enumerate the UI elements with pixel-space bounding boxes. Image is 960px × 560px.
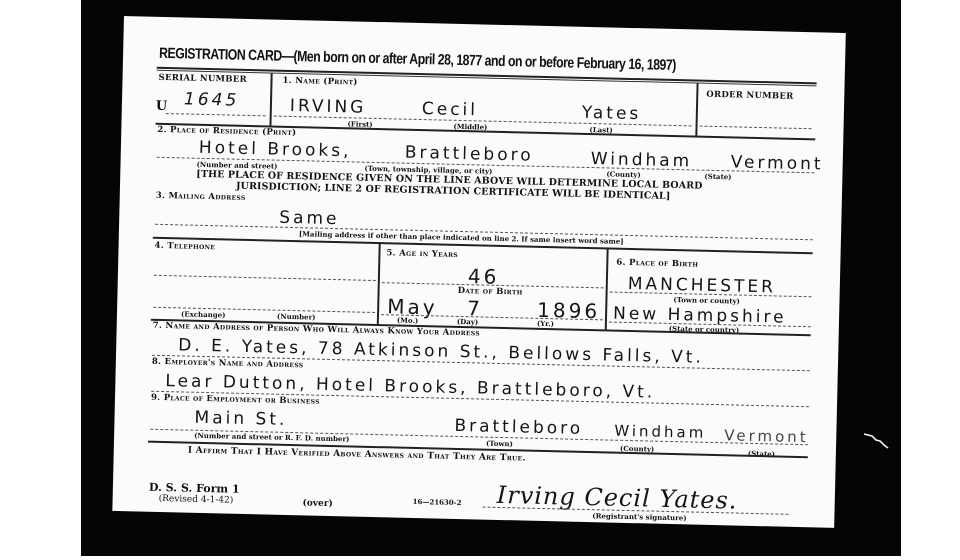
day-caption: (Day) [457, 317, 479, 326]
birthplace-label: 6. Place of Birth [616, 258, 698, 270]
telephone-line-1 [154, 275, 376, 281]
employment-street-value: Main St. [194, 408, 287, 430]
telephone-divider [377, 242, 381, 324]
print-code: 16—21630-2 [413, 497, 462, 507]
age-label: 5. Age in Years [386, 248, 458, 260]
signature-caption: (Registrant's signature) [592, 511, 686, 522]
year-caption: (Yr.) [537, 319, 554, 328]
last-name-value: Yates [582, 103, 642, 124]
name-label: 1. Name (Print) [282, 76, 357, 88]
state-caption: (State) [704, 172, 731, 182]
over-note: (over) [302, 498, 332, 509]
title-rule-2 [157, 70, 817, 87]
order-divider [695, 84, 698, 136]
residence-label: 2. Place of Residence (Print) [157, 125, 296, 138]
serial-divider [269, 73, 272, 125]
scan-artifact-icon [864, 432, 892, 450]
telephone-label: 4. Telephone [154, 241, 215, 252]
exchange-caption: (Exchange) [181, 309, 226, 319]
residence-town-value: Brattleboro [405, 143, 534, 166]
order-number-label: ORDER NUMBER [706, 90, 793, 102]
registration-card: REGISTRATION CARD—(Men born on or after … [112, 16, 845, 528]
employment-state-caption: (State) [748, 449, 775, 459]
number-caption: (Number) [277, 312, 316, 322]
employment-town-caption: (Town) [486, 439, 513, 449]
birthplace-town-caption: (Town or county) [673, 295, 740, 306]
mailing-address-value: Same [279, 208, 340, 229]
mailing-address-label: 3. Mailing Address [156, 191, 246, 203]
first-name-value: IRVING [290, 96, 367, 118]
serial-prefix: U [156, 99, 168, 114]
form-revised: (Revised 4-1-42) [159, 494, 234, 506]
age-divider [605, 247, 609, 329]
middle-name-value: Cecil [422, 99, 479, 120]
serial-number-value: 1645 [184, 89, 240, 110]
month-caption: (Mo.) [397, 316, 419, 326]
serial-number-label: SERIAL NUMBER [158, 73, 247, 85]
employment-county-value: Windham [614, 422, 706, 442]
residence-state-value: Vermont [730, 152, 823, 174]
residence-county-value: Windham [591, 149, 693, 171]
order-line [700, 126, 812, 130]
serial-line [166, 113, 266, 116]
residence-street-value: Hotel Brooks, [199, 138, 352, 162]
